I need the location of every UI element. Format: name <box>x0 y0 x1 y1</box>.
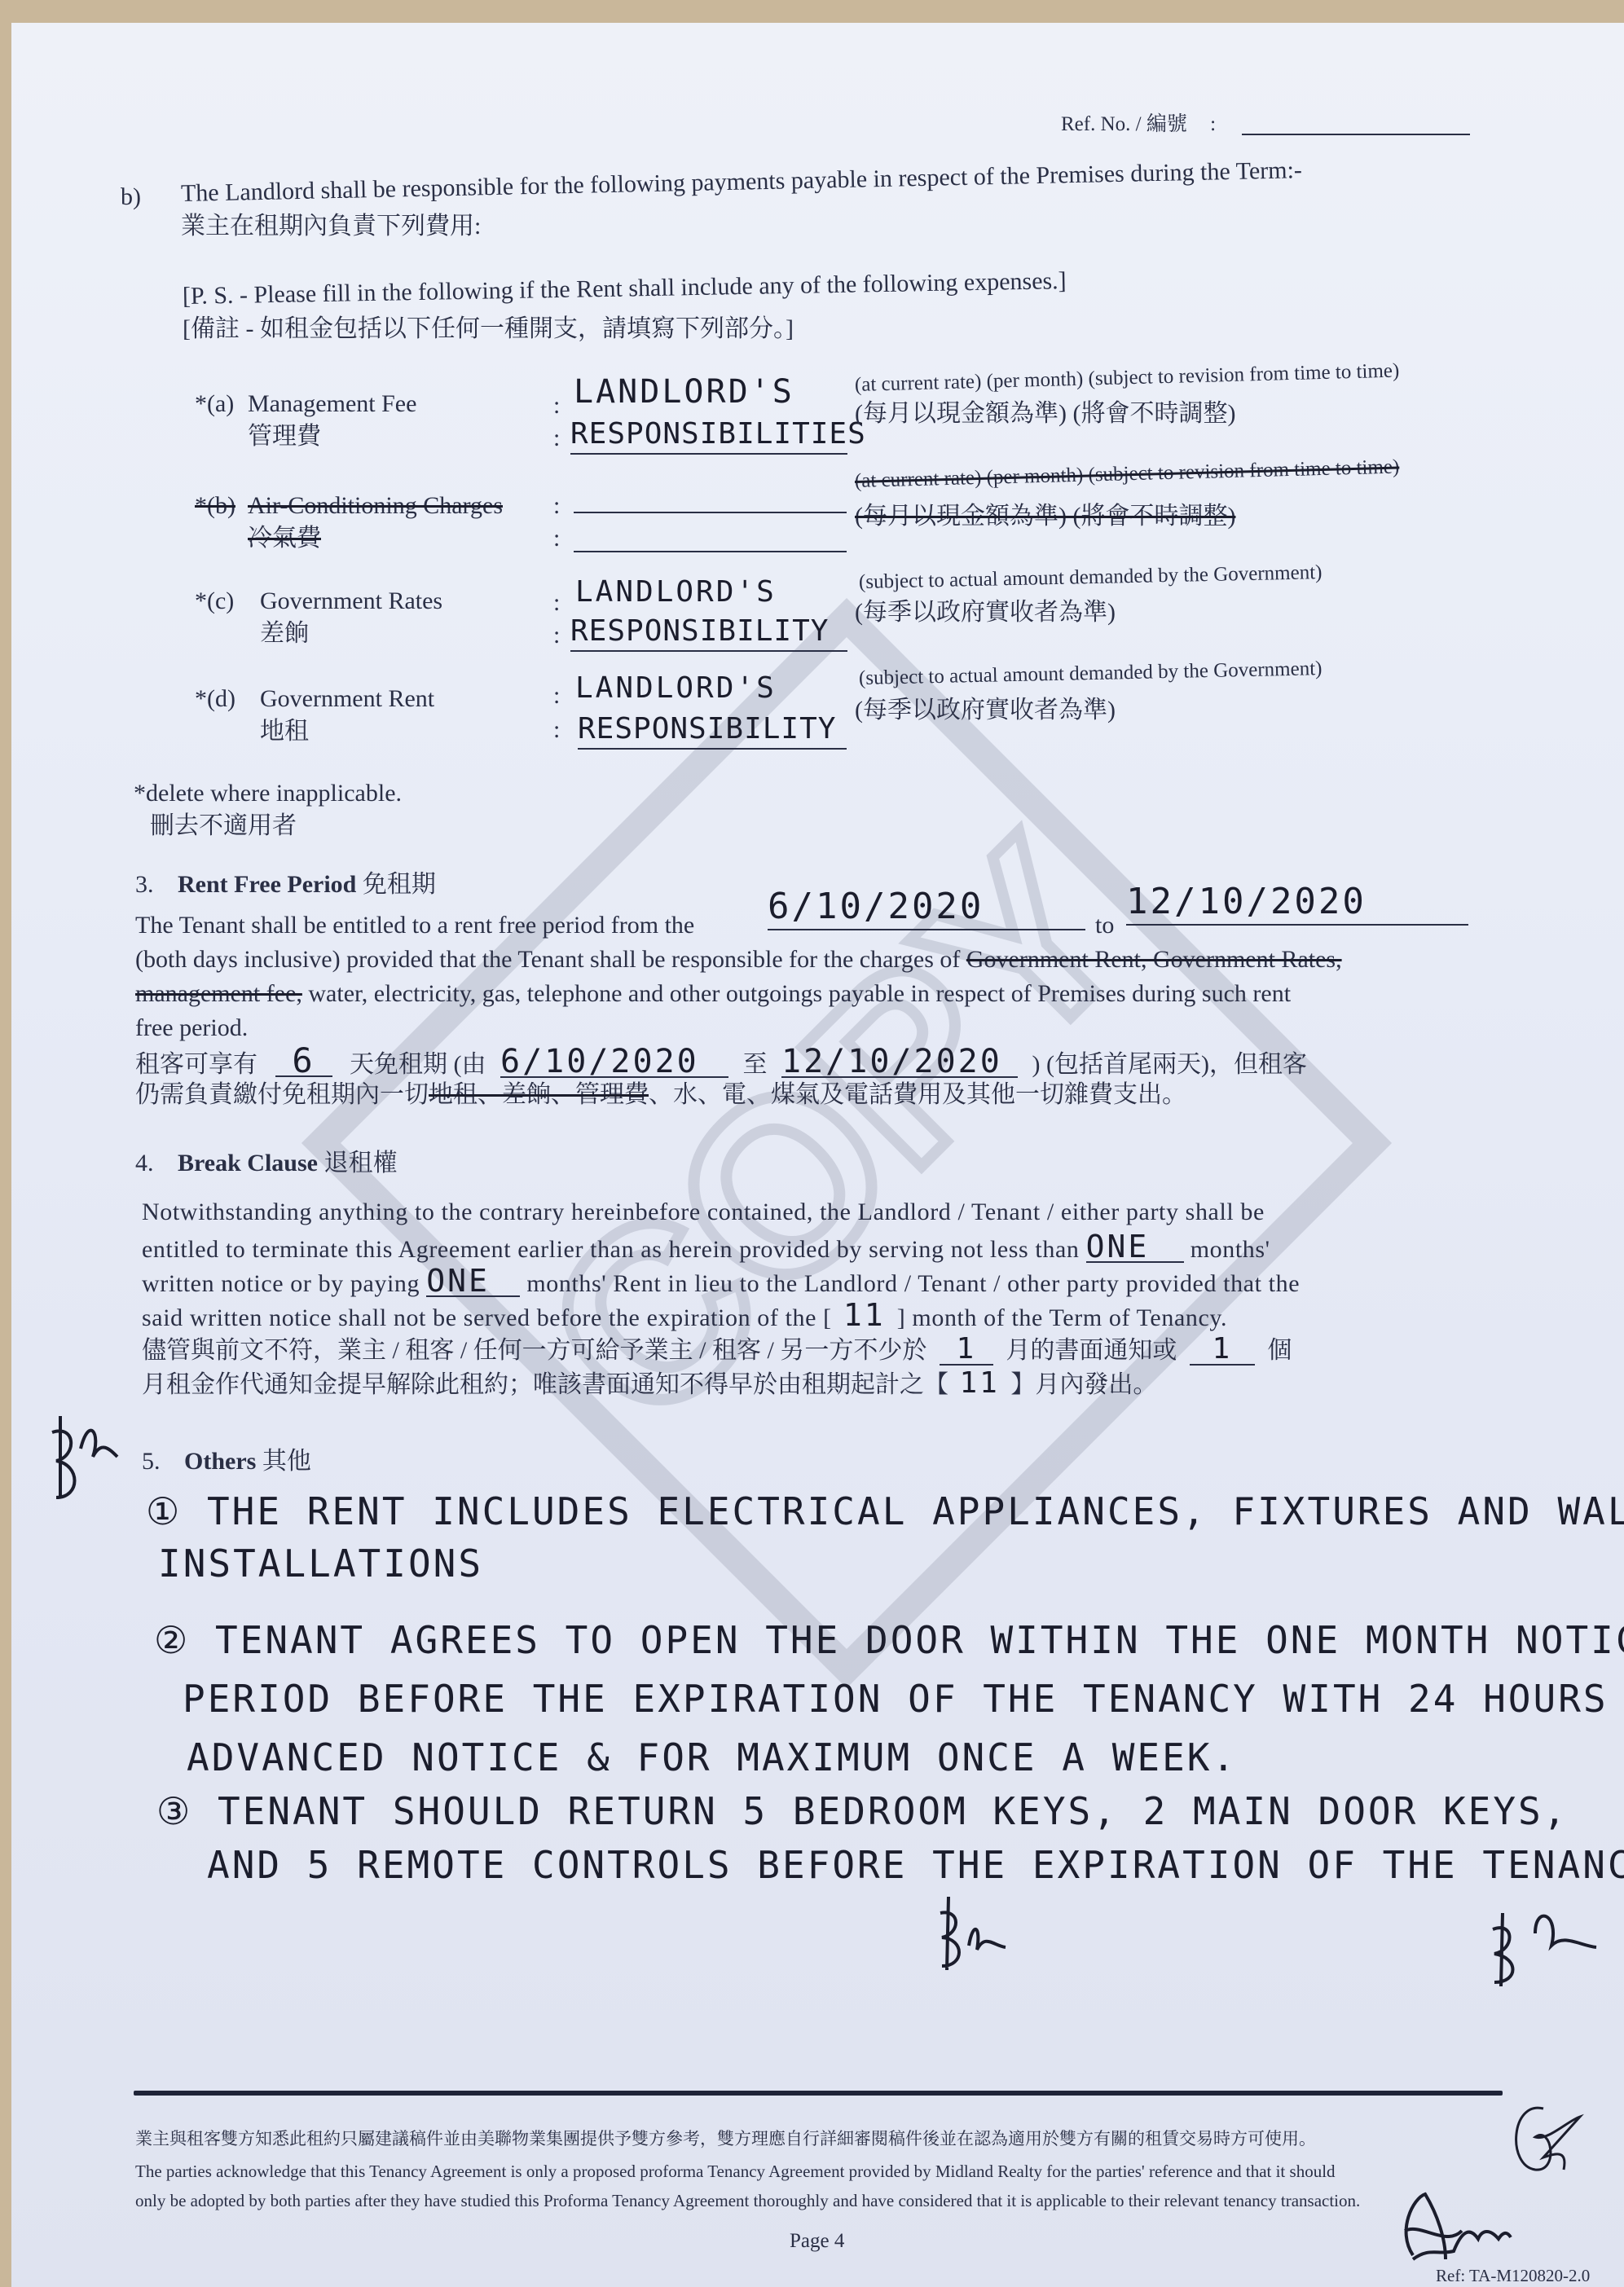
section-5-heading: 5. Others 其他 <box>142 1447 311 1476</box>
break-clause-zh-line1: 儘管與前文不符，業主 / 租客 / 任何一方可給予業主 / 租客 / 另一方不少… <box>142 1335 1292 1366</box>
break-clause-line4: said written notice shall not be served … <box>142 1300 1227 1333</box>
rent-free-line3: management fee, water, electricity, gas,… <box>135 979 1291 1009</box>
expense-label-en: Management Fee <box>248 389 416 419</box>
section-3-heading: 3. Rent Free Period 免租期 <box>135 870 436 899</box>
expense-label-zh: 管理費 <box>248 422 321 451</box>
rent-free-line4: free period. <box>135 1014 248 1043</box>
delete-note-en: *delete where inapplicable. <box>134 779 402 808</box>
break-clause-line1: Notwithstanding anything to the contrary… <box>142 1198 1265 1227</box>
rent-free-line2: (both days inclusive) provided that the … <box>135 945 1342 974</box>
full-signature-footer <box>1389 2182 1519 2272</box>
ps-note-en: [P. S. - Please fill in the following if… <box>183 266 1067 311</box>
footer-disclaimer-zh: 業主與租客雙方知悉此租約只屬建議稿件並由美聯物業集團提供予雙方參考，雙方理應自行… <box>135 2128 1316 2149</box>
page-number: Page 4 <box>790 2229 844 2254</box>
break-clause-line2: entitled to terminate this Agreement ear… <box>142 1232 1270 1264</box>
initials-signature-middle <box>932 1889 1046 1978</box>
section-4-heading: 4. Break Clause 退租權 <box>135 1149 397 1178</box>
rent-free-zh-from: 6/10/2020 <box>500 1047 728 1078</box>
section-b-intro-en: The Landlord shall be responsible for th… <box>181 156 1303 209</box>
footer-disclaimer-en-1: The parties acknowledge that this Tenanc… <box>135 2161 1336 2182</box>
break-clause-zh-line2: 月租金作代通知金提早解除此租約；唯該書面通知不得早於由租期起計之【 11 】月內… <box>142 1369 1157 1400</box>
rent-free-to-date: 12/10/2020 <box>1126 880 1468 926</box>
document-page: COPY Ref. No. / 編號 : b) The Landlord sha… <box>11 23 1624 2287</box>
expense-note-en: (at current rate) (per month) (subject t… <box>855 359 1400 398</box>
ref-number-field <box>1242 129 1470 135</box>
initials-signature-footer <box>1503 2092 1600 2182</box>
footer-disclaimer-en-2: only be adopted by both parties after th… <box>135 2190 1360 2211</box>
rent-free-zh-line2: 仍需負責繳付免租期內一切地租、差餉、管理費、水、電、煤氣及電話費用及其他一切雜費… <box>135 1080 1186 1110</box>
earliest-month-value: 11 <box>843 1297 886 1333</box>
rent-free-line1: The Tenant shall be entitled to a rent f… <box>135 911 694 940</box>
rent-free-days: 6 <box>275 1046 332 1077</box>
expense-note-zh: (每月以現金額為準) (將會不時調整) <box>855 399 1235 429</box>
notice-months-value: ONE <box>1086 1232 1184 1263</box>
section-b-intro-zh: 業主在租期內負責下列費用: <box>181 212 481 241</box>
delete-note-zh: 刪去不適用者 <box>150 811 297 841</box>
section-b-marker: b) <box>121 183 141 212</box>
break-clause-line3: written notice or by paying ONE months' … <box>142 1266 1300 1299</box>
ps-note-zh: [備註 - 如租金包括以下任何一種開支，請填寫下列部分。] <box>183 314 794 344</box>
initials-signature-right <box>1486 1897 1609 1995</box>
rent-free-zh-to: 12/10/2020 <box>781 1047 1018 1078</box>
expense-value-line1: LANDLORD'S <box>574 373 794 411</box>
expense-value-line2: RESPONSIBILITIES <box>570 416 847 455</box>
rent-free-from-date: 6/10/2020 <box>768 885 1085 930</box>
footer-rule <box>134 2091 1503 2096</box>
ref-number-label: Ref. No. / 編號 : <box>1061 112 1216 137</box>
rent-free-zh-line1: 租客可享有 6 天免租期 (由 6/10/2020 至 12/10/2020 )… <box>135 1046 1307 1080</box>
initials-signature-left <box>44 1400 134 1522</box>
rent-in-lieu-months-value: ONE <box>426 1266 520 1297</box>
